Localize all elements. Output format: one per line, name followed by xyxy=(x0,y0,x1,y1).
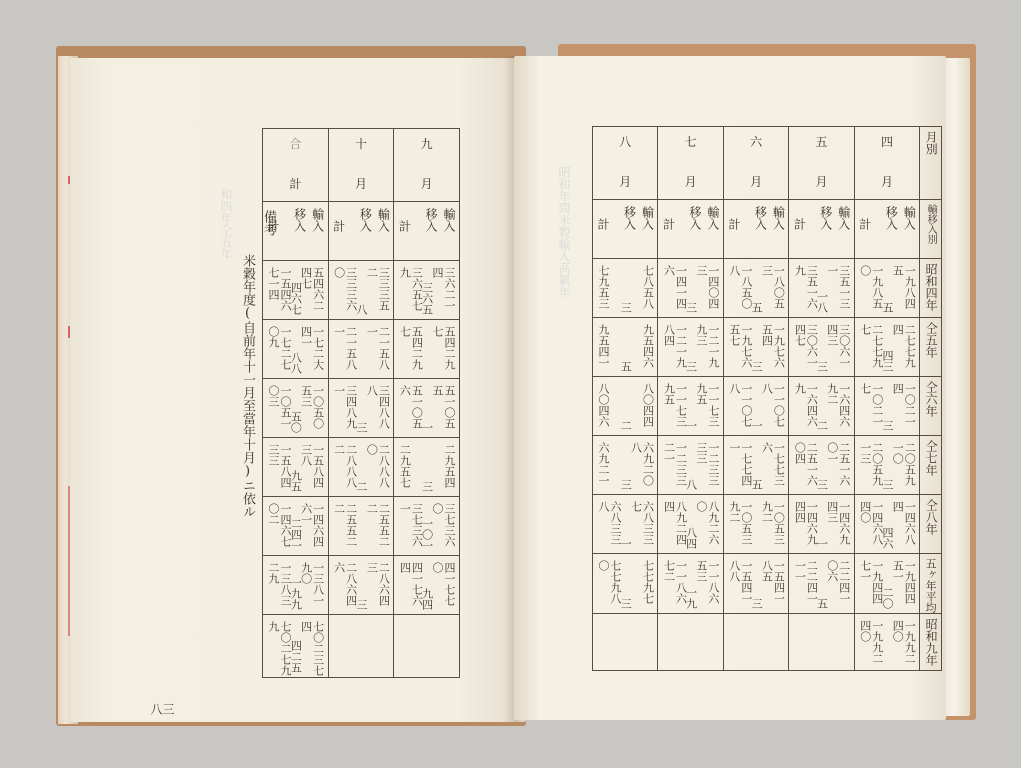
header-august: 八 月 xyxy=(593,127,658,200)
header-text: 六 xyxy=(724,133,788,150)
value-transfer: 二 xyxy=(619,420,631,431)
value-total: 一七七四一 xyxy=(728,442,752,494)
value-import: 三三三五二 xyxy=(365,267,389,319)
data-cell: 三四八八八三三四八九一 xyxy=(328,379,394,438)
value-total: 八九二四四 xyxy=(662,501,686,553)
value-total: 一一八六七二 xyxy=(662,560,686,613)
sub-header-transfer: 移入 xyxy=(885,206,897,230)
data-cell: 六九二〇八三六九二一 xyxy=(593,436,658,495)
data-cell xyxy=(789,614,854,671)
value-total: 一三八三二九 xyxy=(267,562,291,614)
value-import: 三五一三一 xyxy=(826,265,850,317)
value-import: 三四八八八 xyxy=(365,385,389,437)
value-total: 一四六八四〇 xyxy=(859,501,883,553)
value-total: 五四二九七 xyxy=(398,326,422,378)
value-total: 一一〇七八 xyxy=(728,383,752,435)
remarks-text: 米穀年度(自前年十一月至當年十月)ニ依ル xyxy=(240,254,254,518)
value-import: 一一〇七八 xyxy=(760,383,784,435)
data-cell: 二五一六〇一三二五一六〇四 xyxy=(789,436,854,495)
header-text: 月 xyxy=(593,173,657,190)
data-cell: 二七七九四四三二七七九七 xyxy=(854,318,919,377)
value-import: 一四六九四三 xyxy=(826,501,850,553)
value-import: 一四六八四 xyxy=(891,501,915,553)
value-total: 一九七六五七 xyxy=(728,324,752,376)
data-cell: 一〇五〇五三五〇一〇五一〇三 xyxy=(263,379,329,438)
value-import: 一九七六五四 xyxy=(760,324,784,376)
sub-header-import: 輸入 xyxy=(443,208,455,232)
value-transfer: 三 xyxy=(619,302,631,313)
value-import: 一六四六九二 xyxy=(826,383,850,435)
data-cell: 一九七六五四三一九七六五七 xyxy=(723,318,788,377)
right-data-table: 八 月 七 月 六 月 五 月 四 月 xyxy=(592,126,942,671)
value-import: 一〇二一四 xyxy=(891,383,915,435)
table-row: 一四六四六一二四一一四六七〇二 二五五二二二五五二二 三七三六〇一〇一三七三六一 xyxy=(263,497,460,556)
corner-sub-header-text: 輸移入別 xyxy=(925,204,936,244)
value-transfer: 三 xyxy=(421,481,433,492)
sub-header-cell: 輸入移入計 xyxy=(723,200,788,259)
sub-header-transfer: 移入 xyxy=(294,208,306,232)
table-row: 九五四六五九五四一 一二一九九三三一二一九八四 一九七六五四三一九七六五七 三〇… xyxy=(593,318,942,377)
sub-header-cell: 輸入移入計 xyxy=(854,200,919,259)
data-cell: 五四六二四七四六七一五四六七一四 xyxy=(263,261,329,320)
table-row: 六九二〇八三六九二一 一二三三三三八一二三三二一 一七七三六五一七七四一 二五一… xyxy=(593,436,942,495)
value-import: 一〇五〇五三 xyxy=(300,385,324,437)
value-total: 二八六四六 xyxy=(333,562,357,614)
value-import: 一一七三九五 xyxy=(695,383,719,435)
value-total: 一五四一八八 xyxy=(728,560,752,613)
right-page-stack-edge xyxy=(944,58,970,716)
value-import: 二九五四 xyxy=(443,444,455,488)
data-cell: 三七三六〇一〇一三七三六一 xyxy=(394,497,460,556)
sub-header-cell: 輸入移入計 xyxy=(789,200,854,259)
sub-header-transfer: 移入 xyxy=(359,208,371,232)
value-total: 一九八五〇 xyxy=(859,265,883,317)
data-cell: 一四〇四三三一四一四六 xyxy=(658,259,723,318)
data-cell: 一〇五三九二一〇五三九二 xyxy=(723,495,788,554)
header-april: 四 月 xyxy=(854,127,919,200)
value-total: 二七七九七 xyxy=(859,324,883,376)
header-text: 七 xyxy=(658,133,722,150)
value-import: 七七九七 xyxy=(641,560,653,604)
value-total: 一六四六九 xyxy=(793,383,817,435)
sub-header-row: 輸入 移入 計 輸入 移入 計 輸入 移入 計 xyxy=(263,202,460,261)
corner-sub-header: 輸移入別 xyxy=(920,200,942,259)
value-import: 五四二九七 xyxy=(431,326,455,378)
value-total: 七七九八〇 xyxy=(597,560,621,613)
right-page: 昭和年間米穀輸入高累年 八 月 七 月 六 月 五 月 xyxy=(514,56,946,720)
data-cell: 一二三三三三八一二三三二一 xyxy=(658,436,723,495)
data-cell xyxy=(723,614,788,671)
header-text: 八 xyxy=(593,133,657,150)
value-total: 一二三三二一 xyxy=(662,442,686,494)
data-cell xyxy=(394,615,460,678)
header-total: 合 計 xyxy=(263,129,329,202)
header-text: 月 xyxy=(855,173,919,190)
value-import: 四一七七〇 xyxy=(431,562,455,614)
sub-header-transfer: 移入 xyxy=(754,206,766,230)
value-import: 一一八六五三 xyxy=(695,560,719,613)
sub-header-cell: 輸入移入計 xyxy=(593,200,658,259)
header-october: 十 月 xyxy=(328,129,394,202)
data-cell: 七八五八三七九五三 xyxy=(593,259,658,318)
header-text: 月 xyxy=(394,175,459,192)
sub-header-import: 輸入 xyxy=(377,208,389,232)
value-total: 四一七六四 xyxy=(398,562,422,614)
data-cell: 三三三五二八三三三六〇 xyxy=(328,261,394,320)
row-label: 昭和四年 xyxy=(920,259,942,318)
value-total: 三七三六一 xyxy=(398,503,422,555)
value-import: 一五八四三八 xyxy=(300,444,324,496)
sub-header-row: 輸入移入計 輸入移入計 輸入移入計 輸入移入計 輸入移入計 輸移入別 xyxy=(593,200,942,259)
page-number: 三八 xyxy=(150,703,174,722)
sub-header-total: 計 xyxy=(333,220,345,232)
data-cell: 二五五二二二五五二二 xyxy=(328,497,394,556)
value-import: 一〇五三九二 xyxy=(760,501,784,553)
header-text: 四 xyxy=(855,133,919,150)
value-import: 二〇五九一〇 xyxy=(891,442,915,494)
header-may: 五 月 xyxy=(789,127,854,200)
value-import: 二二四一〇六 xyxy=(826,560,850,613)
sub-header-import: 輸入 xyxy=(772,206,784,230)
data-cell xyxy=(593,614,658,671)
value-import: 一九九二四〇 xyxy=(891,620,915,670)
sub-header-import: 輸入 xyxy=(838,206,850,230)
sub-header-cell: 輸入 移入 計 xyxy=(328,202,394,261)
row-label-text: 仝八年 xyxy=(924,499,937,535)
value-total: 一四一四六 xyxy=(662,265,686,317)
sub-header-cell: 輸入 移入 計 xyxy=(263,202,329,261)
row-label-text: 昭和九年 xyxy=(924,618,937,666)
data-cell: 二八六四三三二八六四六 xyxy=(328,556,394,615)
sub-header-total: 計 xyxy=(267,220,279,232)
value-total: 三五一六九 xyxy=(793,265,817,317)
value-total: 三六五七九 xyxy=(398,267,422,319)
sub-header-import: 輸入 xyxy=(641,206,653,230)
header-text: 九 xyxy=(394,135,459,152)
value-import: 二一五八一 xyxy=(365,326,389,378)
row-label-text: 仝五年 xyxy=(924,322,937,358)
header-text: 十 xyxy=(329,135,394,152)
data-cell: 一六四六九二二一六四六九 xyxy=(789,377,854,436)
header-june: 六 月 xyxy=(723,127,788,200)
value-import: 九五四六 xyxy=(641,324,653,368)
value-total: 一二一九八四 xyxy=(662,324,686,376)
value-total: 二一五八一 xyxy=(333,326,357,378)
data-cell: 五四二九七五四二九七 xyxy=(394,320,460,379)
sub-header-transfer: 移入 xyxy=(425,208,437,232)
data-cell: 八九二六〇八四八九二四四 xyxy=(658,495,723,554)
value-import: 二五五二二 xyxy=(365,503,389,555)
row-label: 五ヶ年平均 xyxy=(920,554,942,614)
sub-header-import: 輸入 xyxy=(707,206,719,230)
value-total: 一〇五一〇三 xyxy=(267,385,291,437)
corner-header: 月別 xyxy=(920,127,942,200)
value-total: 七九五三 xyxy=(597,265,609,309)
value-total: 三三三六〇 xyxy=(333,267,357,319)
data-cell: 一五八四三八九五一五八四三三 xyxy=(263,438,329,497)
value-total: 三〇六一四七 xyxy=(793,324,817,376)
table-row: 八〇四四二八〇四六 一一七三九五一一一七三九五 一一〇七八一一一〇七八 一六四六… xyxy=(593,377,942,436)
value-import: 三六二一四 xyxy=(431,267,455,319)
data-cell: 一九九二四〇一九九二四〇 xyxy=(854,614,919,671)
row-label: 仝七年 xyxy=(920,436,942,495)
data-cell: 一一七三九五一一一七三九五 xyxy=(658,377,723,436)
data-cell: 五一〇五五一五一〇五六 xyxy=(394,379,460,438)
row-label: 昭和九年 xyxy=(920,614,942,671)
value-total: 三四八九一 xyxy=(333,385,357,437)
value-total: 二二四一一一 xyxy=(793,560,817,613)
value-import: 一九八四五 xyxy=(891,265,915,317)
data-cell: 一四六九四三一一四六九四四 xyxy=(789,495,854,554)
row-label-text: 仝七年 xyxy=(924,440,937,476)
value-import: 六八三三七 xyxy=(629,501,653,553)
data-cell: 二八八八〇二二八八八二 xyxy=(328,438,394,497)
data-cell: 二九五四三二九五七 xyxy=(394,438,460,497)
table-row: 一〇五〇五三五〇一〇五一〇三 三四八八八三三四八九一 五一〇五五一五一〇五六 xyxy=(263,379,460,438)
sub-header-total: 計 xyxy=(662,218,674,230)
data-cell: 一九八四五五一九八五〇 xyxy=(854,259,919,318)
value-total: 一八五〇八 xyxy=(728,265,752,317)
value-import: 一九四四五一 xyxy=(891,560,915,613)
data-cell: 一九四四五一二〇一九四四七一 xyxy=(854,554,919,614)
value-import: 八九二六〇 xyxy=(695,501,719,553)
value-total: 一四六七〇二 xyxy=(267,503,291,555)
value-total: 九五四一 xyxy=(597,324,609,368)
month-header-row: 八 月 七 月 六 月 五 月 四 月 xyxy=(593,127,942,200)
value-import: 六九二〇八 xyxy=(629,442,653,494)
value-total: 一五八四三三 xyxy=(267,444,291,496)
data-cell: 一一八六五三一九一一八六七二 xyxy=(658,554,723,614)
value-import: 一七二大四一 xyxy=(300,326,324,378)
table-row: 一七二大四一八八一七二七〇九 二一五八一二一五八一 五四二九七五四二九七 xyxy=(263,320,460,379)
data-cell xyxy=(658,614,723,671)
value-import: 一四六四六一 xyxy=(300,503,324,555)
sub-header-total: 計 xyxy=(728,218,740,230)
row-label-text: 仝六年 xyxy=(924,381,937,417)
data-cell: 六八三三七一六八三三八 xyxy=(593,495,658,554)
sub-header-total: 計 xyxy=(859,218,871,230)
header-text: 計 xyxy=(263,175,328,192)
table-row: 七〇二三七四四二五七〇二七九九 xyxy=(263,615,460,678)
header-text: 月 xyxy=(329,175,394,192)
value-import: 七〇二三七四 xyxy=(300,621,324,677)
value-total: 二五一六〇四 xyxy=(793,442,817,494)
data-cell: 一四六四六一二四一一四六七〇二 xyxy=(263,497,329,556)
sub-header-import: 輸入 xyxy=(903,206,915,230)
header-text: 五 xyxy=(789,133,853,150)
data-cell: 七七九七三七七九八〇 xyxy=(593,554,658,614)
value-import: 三〇六一四三 xyxy=(826,324,850,376)
value-import: 五一〇五五 xyxy=(431,385,455,437)
sub-header-transfer: 移入 xyxy=(689,206,701,230)
data-cell: 七〇二三七四四二五七〇二七九九 xyxy=(263,615,329,678)
value-total: 一四六九四四 xyxy=(793,501,817,553)
left-data-table: 合 計 十 月 九 月 輸入 移入 計 輸入 xyxy=(262,128,460,678)
data-cell: 一二一九九三三一二一九八四 xyxy=(658,318,723,377)
value-total: 二五五二二 xyxy=(333,503,357,555)
data-cell: 二〇五九一〇三二〇五九一三 xyxy=(854,436,919,495)
value-import: 五四六二四七 xyxy=(300,267,324,319)
sub-header-transfer: 移入 xyxy=(820,206,832,230)
table-row: 五四六二四七四六七一五四六七一四 三三三五二八三三三六〇 三六二一四三六五三六五… xyxy=(263,261,460,320)
data-cell: 一五四一八五三一五四一八八 xyxy=(723,554,788,614)
sub-header-total: 計 xyxy=(793,218,805,230)
header-text: 月 xyxy=(724,173,788,190)
row-label-text: 昭和四年 xyxy=(924,263,937,311)
data-cell: 一八〇五三五一八五〇八 xyxy=(723,259,788,318)
value-import: 三七三六〇 xyxy=(431,503,455,555)
data-cell: 三六二一四三六五三六五七九 xyxy=(394,261,460,320)
left-page: 和四年仝五年 備考 米穀年度(自前年十一月至當年十月)ニ依ル 合 計 十 月 九… xyxy=(70,58,526,722)
table-row: 一九九二四〇一九九二四〇 昭和九年 xyxy=(593,614,942,671)
data-cell: 二一五八一二一五八一 xyxy=(328,320,394,379)
header-september: 九 月 xyxy=(394,129,460,202)
value-total: 七〇二七九九 xyxy=(267,621,291,677)
data-cell: 二二四一〇六五二二四一一一 xyxy=(789,554,854,614)
value-import: 一八〇五三 xyxy=(760,265,784,317)
value-total: 一五四六七一四 xyxy=(267,267,291,319)
bleed-through-text: 和四年仝五年 xyxy=(220,188,232,260)
data-cell: 九五四六五九五四一 xyxy=(593,318,658,377)
row-label: 仝五年 xyxy=(920,318,942,377)
row-label: 仝六年 xyxy=(920,377,942,436)
value-transfer: 三 xyxy=(619,479,631,490)
value-import: 一七七三六 xyxy=(760,442,784,494)
header-text: 月 xyxy=(789,173,853,190)
value-import: 八〇四四 xyxy=(641,383,653,427)
value-transfer: 五 xyxy=(619,361,631,372)
value-import: 一四〇四三 xyxy=(695,265,719,317)
corner-header-text: 月別 xyxy=(924,131,937,155)
value-total: 八〇四六 xyxy=(597,383,609,427)
sub-header-total: 計 xyxy=(597,218,609,230)
value-total: 一〇二一七 xyxy=(859,383,883,435)
value-total: 一〇五三九二 xyxy=(728,501,752,553)
table-row: 一五八四三八九五一五八四三三 二八八八〇二二八八八二 二九五四三二九五七 xyxy=(263,438,460,497)
data-cell: 三〇六一四三三三〇六一四七 xyxy=(789,318,854,377)
value-import: 一二一九九三 xyxy=(695,324,719,376)
value-import: 二七七九四 xyxy=(891,324,915,376)
value-total: 二八八八二 xyxy=(333,444,357,496)
row-label: 仝八年 xyxy=(920,495,942,554)
value-import: 二八六四三 xyxy=(365,562,389,614)
table-row: 一三八一九〇一九九一三八三二九 二八六四三三二八六四六 四一七七〇九四四一七六四 xyxy=(263,556,460,615)
data-cell: 三五一三一一八三五一六九 xyxy=(789,259,854,318)
sub-header-cell: 輸入移入計 xyxy=(658,200,723,259)
header-text: 月 xyxy=(658,173,722,190)
value-total: 一九九二四〇 xyxy=(859,620,883,670)
sub-header-import: 輸入 xyxy=(312,208,324,232)
month-header-row: 合 計 十 月 九 月 xyxy=(263,129,460,202)
table-row: 七七九七三七七九八〇 一一八六五三一九一一八六七二 一五四一八五三一五四一八八 … xyxy=(593,554,942,614)
value-import: 一三八一九〇 xyxy=(300,562,324,614)
sub-header-transfer: 移入 xyxy=(623,206,635,230)
value-total: 二〇五九一三 xyxy=(859,442,883,494)
data-cell: 一七七三六五一七七四一 xyxy=(723,436,788,495)
header-text: 合 xyxy=(263,135,328,152)
table-row: 六八三三七一六八三三八 八九二六〇八四八九二四四 一〇五三九二一〇五三九二 一四… xyxy=(593,495,942,554)
data-cell: 一四六八四四六一四六八四〇 xyxy=(854,495,919,554)
value-total: 一一七三九五 xyxy=(662,383,686,435)
open-ledger-book: 和四年仝五年 備考 米穀年度(自前年十一月至當年十月)ニ依ル 合 計 十 月 九… xyxy=(52,44,977,730)
value-total: 五一〇五六 xyxy=(398,385,422,437)
data-cell: 一七二大四一八八一七二七〇九 xyxy=(263,320,329,379)
value-import: 七八五八 xyxy=(641,265,653,309)
value-import: 一二三三三三 xyxy=(695,442,719,494)
sub-header-total: 計 xyxy=(398,220,410,232)
value-total: 六九二一 xyxy=(597,442,609,486)
value-import: 二五一六〇一 xyxy=(826,442,850,494)
value-import: 一五四一八五 xyxy=(760,560,784,613)
value-total: 六八三三八 xyxy=(597,501,621,553)
data-cell: 一〇二一四三一〇二一七 xyxy=(854,377,919,436)
data-cell xyxy=(328,615,394,678)
value-total: 二九五七 xyxy=(398,444,410,488)
value-import: 二八八八〇 xyxy=(365,444,389,496)
row-label-text: 五ヶ年平均 xyxy=(925,558,936,613)
data-cell: 一三八一九〇一九九一三八三二九 xyxy=(263,556,329,615)
data-cell: 一一〇七八一一一〇七八 xyxy=(723,377,788,436)
header-july: 七 月 xyxy=(658,127,723,200)
data-cell: 四一七七〇九四四一七六四 xyxy=(394,556,460,615)
table-row: 七八五八三七九五三 一四〇四三三一四一四六 一八〇五三五一八五〇八 三五一三一一… xyxy=(593,259,942,318)
bleed-through-text: 昭和年間米穀輸入高累年 xyxy=(558,166,570,298)
sub-header-cell: 輸入 移入 計 xyxy=(394,202,460,261)
value-total: 一九四四七一 xyxy=(859,560,883,613)
value-total: 一七二七〇九 xyxy=(267,326,291,378)
data-cell: 八〇四四二八〇四六 xyxy=(593,377,658,436)
